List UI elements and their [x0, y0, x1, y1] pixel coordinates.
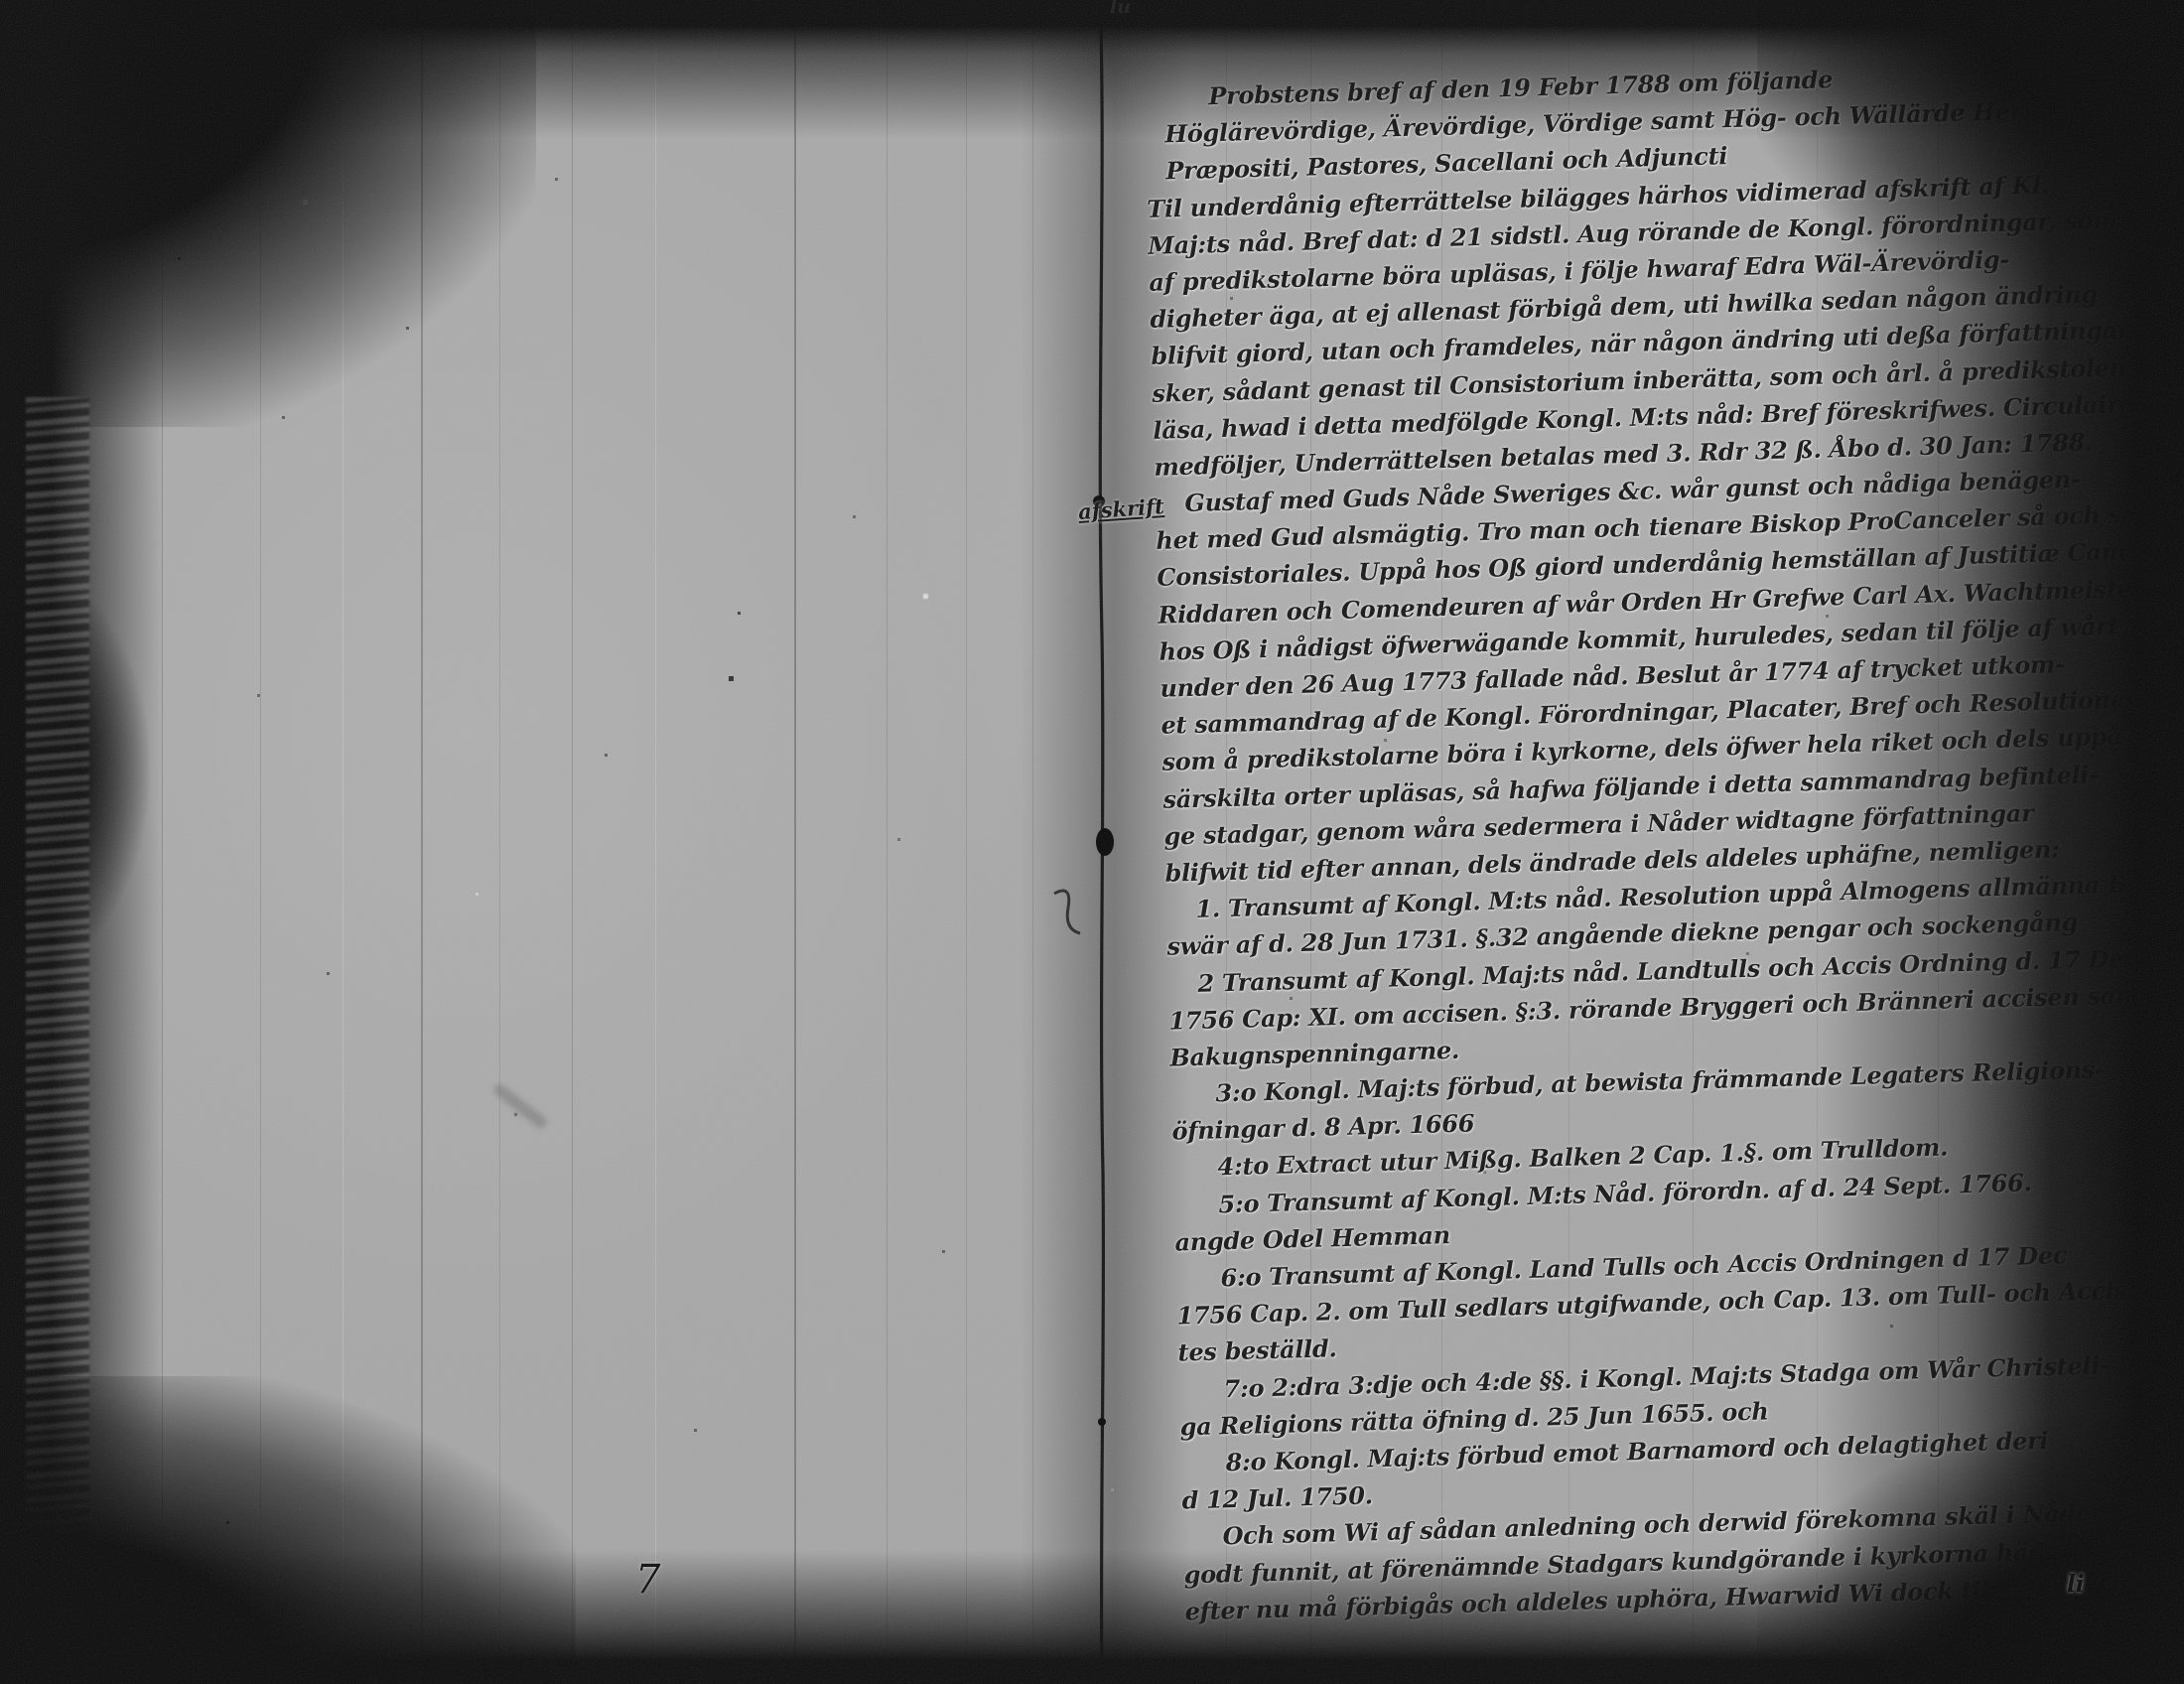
film-grain-overlay [0, 0, 2184, 1684]
scanned-book-spread: Probstens bref af den 19 Febr 1788 om fö… [0, 0, 2184, 1684]
